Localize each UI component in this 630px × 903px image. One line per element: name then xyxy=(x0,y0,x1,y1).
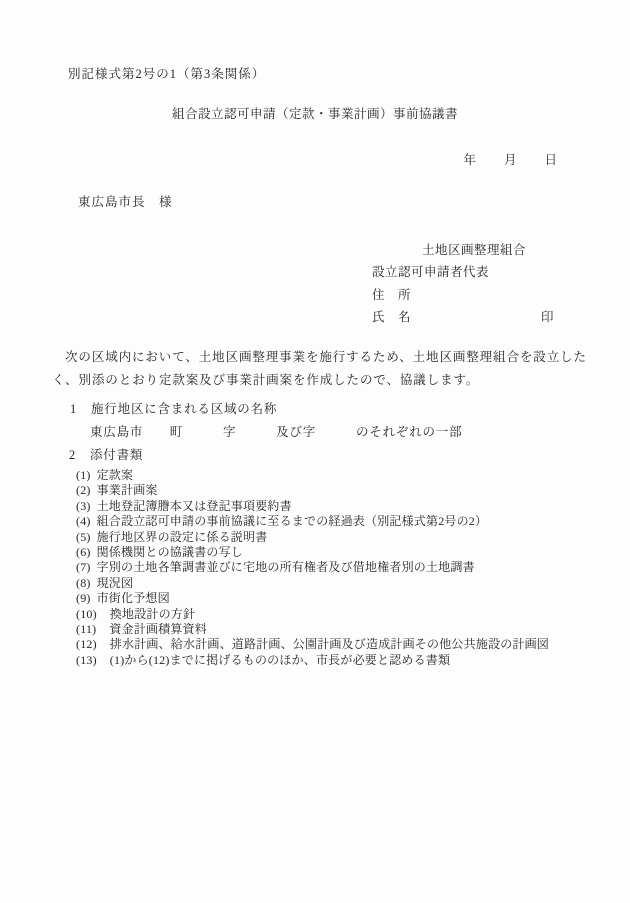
item-number: (8) xyxy=(76,576,91,590)
item-text: 組合設立認可申請の事前協議に至るまでの経過表（別記様式第2号の2） xyxy=(97,514,488,528)
document-page: 別記様式第2号の1（第3条関係） 組合設立認可申請（定款・事業計画）事前協議書 … xyxy=(0,0,630,903)
attachment-item: (5)施行地区界の設定に係る説明書 xyxy=(76,530,549,545)
attachment-item: (13)(1)から(12)までに掲げるもののほか、市長が必要と認める書類 xyxy=(76,653,549,668)
applicant-representative-label: 設立認可申請者代表 xyxy=(372,262,489,280)
item-text: 字別の土地各筆調書並びに宅地の所有権者及び借地権者別の土地調書 xyxy=(97,560,475,574)
item-number: (2) xyxy=(76,483,91,497)
address-label: 住 所 xyxy=(372,285,411,303)
attachment-item: (8)現況図 xyxy=(76,576,549,591)
body-line: く、別添のとおり定款案及び事業計画案を作成したので、協議します。 xyxy=(52,369,592,392)
item-text: 市街化予想図 xyxy=(97,591,170,605)
item-text: 関係機関との協議書の写し xyxy=(97,545,243,559)
item-text: 換地設計の方針 xyxy=(110,607,195,621)
attachment-item: (11)資金計画積算資料 xyxy=(76,622,549,637)
attachment-item: (6)関係機関との協議書の写し xyxy=(76,545,549,560)
item-text: 事業計画案 xyxy=(97,483,158,497)
association-name-line: 土地区画整理組合 xyxy=(422,240,526,258)
section-1-heading: 1施行地区に含まれる区域の名称 xyxy=(70,399,277,417)
attachment-list: (1)定款案 (2)事業計画案 (3)土地登記簿謄本又は登記事項要約書 (4)組… xyxy=(76,468,549,668)
addressee-mayor: 東広島市長 様 xyxy=(78,192,173,210)
item-text: (1)から(12)までに掲げるもののほか、市長が必要と認める書類 xyxy=(110,653,450,667)
item-number: (10) xyxy=(76,607,97,621)
attachment-item: (12)排水計画、給水計画、道路計画、公園計画及び造成計画その他公共施設の計画図 xyxy=(76,637,549,652)
item-text: 施行地区界の設定に係る説明書 xyxy=(97,530,268,544)
item-text: 排水計画、給水計画、道路計画、公園計画及び造成計画その他公共施設の計画図 xyxy=(110,637,549,651)
attachment-item: (1)定款案 xyxy=(76,468,549,483)
item-number: (13) xyxy=(76,653,97,667)
district-area-line: 東広島市 町 字 及び字 のそれぞれの一部 xyxy=(90,422,462,440)
section-2-title: 添付書類 xyxy=(90,448,143,462)
item-number: (3) xyxy=(76,499,91,513)
item-number: (7) xyxy=(76,560,91,574)
item-text: 土地登記簿謄本又は登記事項要約書 xyxy=(97,499,292,513)
attachment-item: (2)事業計画案 xyxy=(76,483,549,498)
section-2-heading: 2添付書類 xyxy=(69,445,143,463)
date-line: 年 月 日 xyxy=(463,150,558,168)
item-text: 定款案 xyxy=(97,468,134,482)
body-paragraph: 次の区域内において、土地区画整理事業を施行するため、土地区画整理組合を設立した … xyxy=(52,346,592,392)
item-text: 資金計画積算資料 xyxy=(109,622,207,636)
document-title: 組合設立認可申請（定款・事業計画）事前協議書 xyxy=(0,104,630,122)
item-text: 現況図 xyxy=(97,576,134,590)
section-1-title: 施行地区に含まれる区域の名称 xyxy=(91,402,277,416)
item-number: (5) xyxy=(76,530,91,544)
attachment-item: (4)組合設立認可申請の事前協議に至るまでの経過表（別記様式第2号の2） xyxy=(76,514,549,529)
body-line: 次の区域内において、土地区画整理事業を施行するため、土地区画整理組合を設立した xyxy=(52,346,592,369)
section-1-number: 1 xyxy=(70,402,91,417)
name-label: 氏 名 xyxy=(372,307,411,325)
seal-mark: 印 xyxy=(541,307,554,325)
form-number: 別記様式第2号の1（第3条関係） xyxy=(68,64,265,82)
item-number: (11) xyxy=(76,622,96,636)
attachment-item: (7)字別の土地各筆調書並びに宅地の所有権者及び借地権者別の土地調書 xyxy=(76,560,549,575)
section-2-number: 2 xyxy=(69,448,90,463)
item-number: (1) xyxy=(76,468,91,482)
item-number: (4) xyxy=(76,514,91,528)
item-number: (6) xyxy=(76,545,91,559)
item-number: (12) xyxy=(76,637,97,651)
attachment-item: (10)換地設計の方針 xyxy=(76,607,549,622)
item-number: (9) xyxy=(76,591,91,605)
attachment-item: (3)土地登記簿謄本又は登記事項要約書 xyxy=(76,499,549,514)
attachment-item: (9)市街化予想図 xyxy=(76,591,549,606)
